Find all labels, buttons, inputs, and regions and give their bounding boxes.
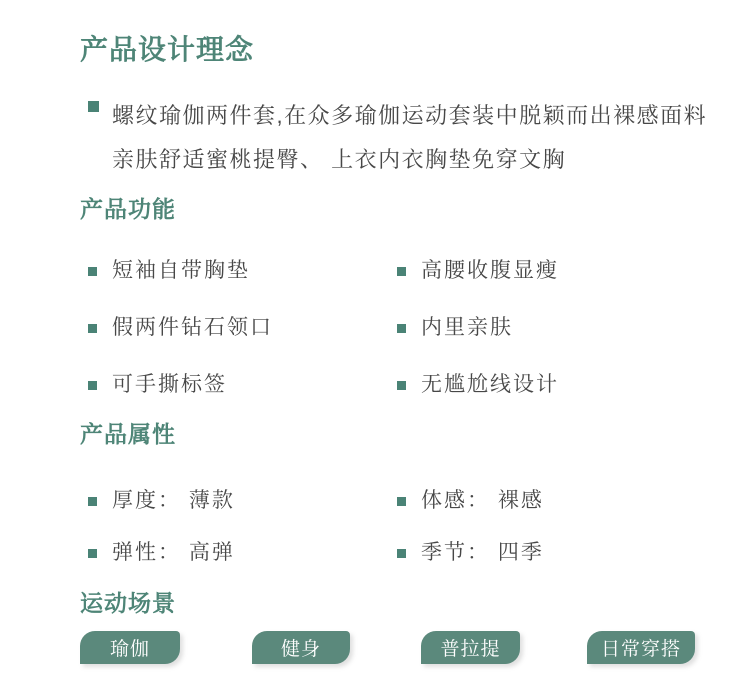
list-item: 厚度： 薄款	[88, 488, 397, 514]
bullet-square-icon	[397, 549, 406, 558]
attributes-list: 厚度： 薄款 体感： 裸感 弹性： 高弹 季节： 四季	[88, 488, 663, 592]
design-concept-line-1: 螺纹瑜伽两件套,在众多瑜伽运动套装中脱颖而出裸感面料	[112, 94, 707, 138]
list-item-label: 短袖自带胸垫	[112, 258, 250, 284]
bullet-square-icon	[397, 267, 406, 276]
design-concept-line-2: 亲肤舒适蜜桃提臀、 上衣内衣胸垫免穿文胸	[112, 138, 707, 182]
design-concept-title: 产品设计理念	[80, 36, 254, 64]
scene-button-fitness[interactable]: 健身	[252, 631, 350, 664]
list-item-label: 高腰收腹显瘦	[421, 258, 559, 284]
functions-title: 产品功能	[80, 198, 176, 221]
list-item-label: 内里亲肤	[421, 315, 513, 341]
list-item-label: 体感： 裸感	[421, 488, 544, 514]
list-item: 弹性： 高弹	[88, 540, 397, 566]
design-concept-text: 螺纹瑜伽两件套,在众多瑜伽运动套装中脱颖而出裸感面料 亲肤舒适蜜桃提臀、 上衣内…	[112, 94, 707, 182]
bullet-square-icon	[397, 497, 406, 506]
list-item: 假两件钻石领口	[88, 315, 397, 341]
bullet-square-icon	[88, 101, 99, 112]
bullet-square-icon	[397, 324, 406, 333]
bullet-square-icon	[397, 381, 406, 390]
functions-list: 短袖自带胸垫 高腰收腹显瘦 假两件钻石领口 内里亲肤 可手撕标签 无尴尬线设计	[88, 258, 663, 429]
list-item: 短袖自带胸垫	[88, 258, 397, 284]
list-item-label: 无尴尬线设计	[421, 372, 559, 398]
list-item: 高腰收腹显瘦	[397, 258, 663, 284]
scenes-title: 运动场景	[80, 592, 176, 615]
list-item: 内里亲肤	[397, 315, 663, 341]
list-item: 季节： 四季	[397, 540, 663, 566]
list-item: 无尴尬线设计	[397, 372, 663, 398]
list-item-label: 季节： 四季	[421, 540, 544, 566]
scene-button-daily-wear[interactable]: 日常穿搭	[587, 631, 695, 664]
list-item: 可手撕标签	[88, 372, 397, 398]
bullet-square-icon	[88, 381, 97, 390]
list-item: 体感： 裸感	[397, 488, 663, 514]
bullet-square-icon	[88, 324, 97, 333]
scene-button-pilates[interactable]: 普拉提	[421, 631, 520, 664]
list-item-label: 假两件钻石领口	[112, 315, 273, 341]
list-item-label: 可手撕标签	[112, 372, 227, 398]
bullet-square-icon	[88, 267, 97, 276]
product-detail-page: 产品设计理念 螺纹瑜伽两件套,在众多瑜伽运动套装中脱颖而出裸感面料 亲肤舒适蜜桃…	[0, 0, 750, 690]
list-item-label: 弹性： 高弹	[112, 540, 235, 566]
design-concept-item: 螺纹瑜伽两件套,在众多瑜伽运动套装中脱颖而出裸感面料 亲肤舒适蜜桃提臀、 上衣内…	[88, 94, 728, 182]
list-item-label: 厚度： 薄款	[112, 488, 235, 514]
bullet-square-icon	[88, 549, 97, 558]
attributes-title: 产品属性	[80, 423, 176, 446]
scene-button-yoga[interactable]: 瑜伽	[80, 631, 180, 664]
bullet-square-icon	[88, 497, 97, 506]
